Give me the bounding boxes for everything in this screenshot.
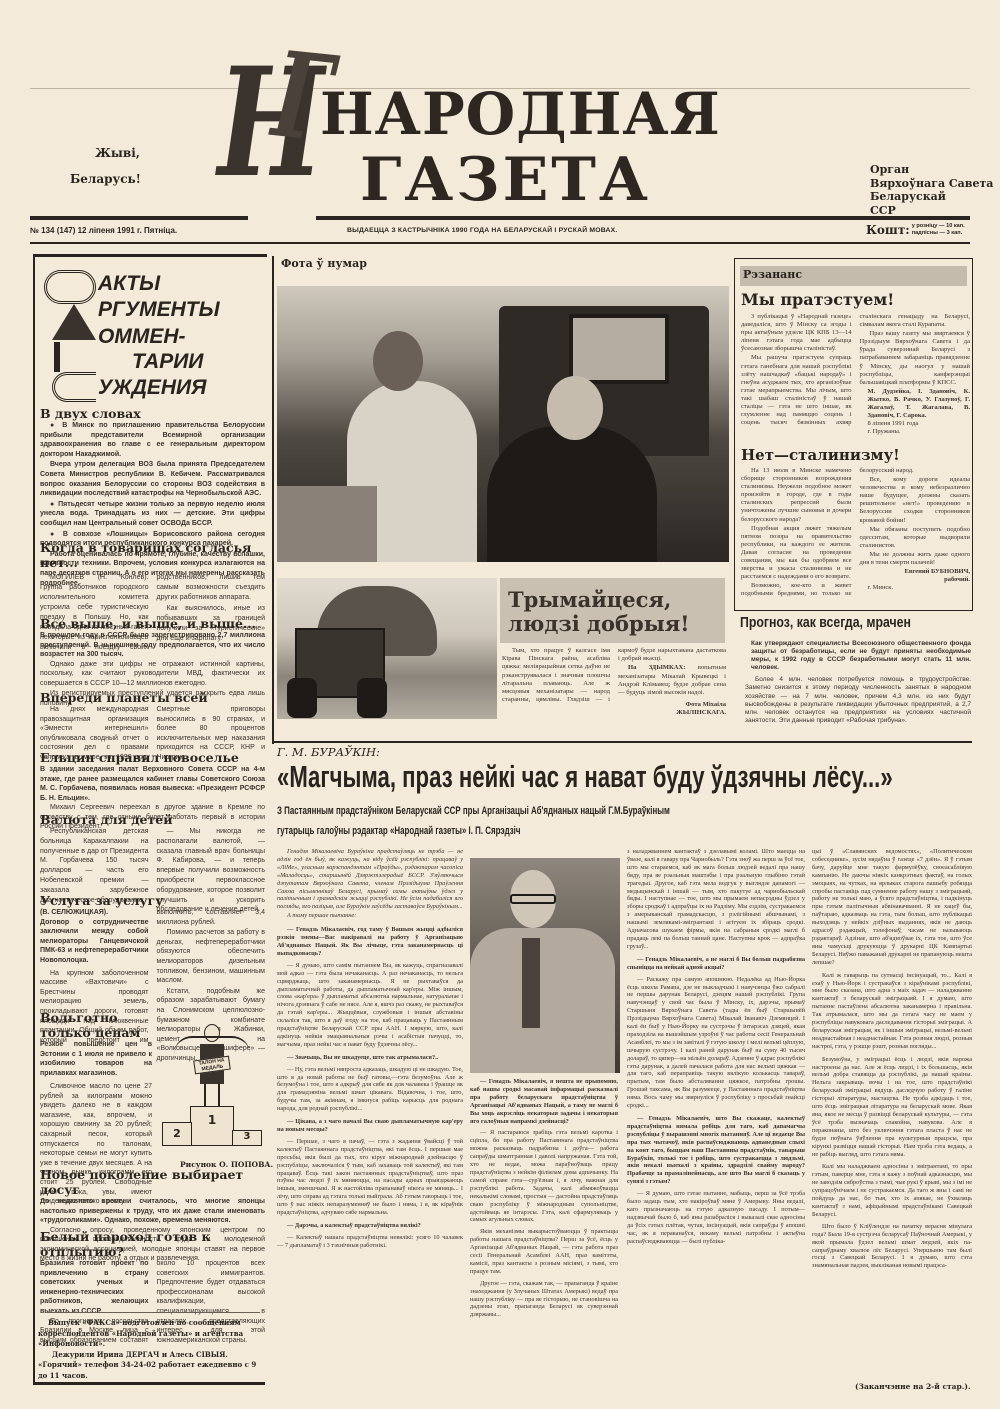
interview-answer: — Ну, гэта вельмі няпроста адказаць, шка… [277, 1066, 463, 1113]
paragraph: Помимо расчетов за работу в деньгах, неф… [157, 928, 266, 986]
faks-item-title: Вольготно только ценам [40, 1010, 152, 1040]
faks-logo-line-3: ОММЕН- [98, 325, 186, 349]
interview-column-1: Генадзя Мікалаевіча Бураўкіна прадстаўля… [277, 848, 463, 1251]
interview-answer: — Раскажу пра самую апошнюю. Недалёка ад… [627, 976, 805, 1110]
photo-headline: Трымайцеся, людзi добрыя! [508, 588, 717, 636]
photo-section-left-rule [272, 256, 274, 744]
paragraph: Все, кому дороги идеалы человечества и к… [860, 476, 971, 525]
interview-column-3: з наладжваннем кантактаў з дзелавымі кол… [627, 848, 805, 1247]
faks-item-title: Когда в товарищах согласья нет... [40, 540, 265, 570]
interview-answer: — Першае, з чаго я пачаў, — гэта з жадан… [277, 1138, 463, 1217]
letter2-title: Нет—сталинизму! [741, 446, 900, 464]
masthead-bottom-rule [30, 242, 970, 244]
letter2-place: г. Минск. [860, 584, 971, 592]
forecast-title: Прогноз, как всегда, мрачен [740, 614, 911, 631]
paragraph: Праз вашу газету мы звяртаемся ў Прэзіды… [860, 330, 971, 387]
masthead-rule-thick-right [316, 216, 970, 220]
interview-answer: Якія механізмы выкарыстоўваюцца ў практы… [470, 1228, 618, 1275]
masthead-organ: Орган Вярхоўнага Савета Беларускай ССР [870, 163, 993, 217]
caption-lead: На ЗДЫМКАХ: [628, 664, 686, 671]
price-values: у розніцу — 10 кап. падпiсны — 3 кап. [912, 223, 965, 237]
interview-intro: Генадзя Мікалаевіча Бураўкіна прадстаўля… [277, 848, 463, 911]
letter2-author: Евгений БУБНОВИЧ, [860, 568, 971, 576]
headline-banner: Трымайцеся, людзi добрыя! [500, 578, 725, 643]
interview-answer: Калі мы наладжваем адносіны з эмігрантам… [812, 1163, 972, 1218]
faks-item-byline: (В. СЕЛЮЖИЦКАЯ). [40, 908, 149, 918]
faks-item-title: Услуга за услугу [40, 893, 265, 908]
interview-question: — Генадзь Мікалаевіч, а не маглі б Вы бо… [627, 956, 805, 972]
letter2-body: На 13 июля в Минске намечено сборище сто… [741, 467, 970, 599]
faks-footer-line: «Горячий» телефон 34-24-02 работает ежед… [38, 1360, 266, 1381]
photo-story-text: Тым, хто працуе ў калгасе імя Кірава Пін… [502, 647, 726, 718]
interview-answer: — Я думаю, што самім пытаннем Вы, як каж… [277, 962, 463, 1049]
photo-credit-line-1: Фота Міхаіла [618, 701, 726, 709]
faks-item-title: В двух словах [40, 407, 265, 421]
cartoon-podium: ТАЛОН НА МЕДАЛЬ 1 2 3 [160, 1018, 264, 1158]
faks-left-rule [33, 254, 35, 1384]
faks-logo-line-5: УЖДЕНИЯ [98, 376, 206, 400]
faks-bottom-rule [33, 1382, 265, 1385]
forecast-body: Как утверждают специалисты Всесоюзного о… [745, 640, 971, 726]
slogan-line-1: Жывi, [70, 140, 140, 166]
faks-item-lead: Резкое повышение цен в Эстонии с 1 июля … [40, 1040, 152, 1078]
portrait-jacket [470, 928, 615, 1073]
faks-item-title: Валюта для детей [40, 812, 265, 827]
photo-credit-line-2: ЖЫЛІНСКАГА. [618, 709, 726, 717]
photo-credit: Фота Міхаіла ЖЫЛІНСКАГА. [618, 701, 726, 717]
faks-logo-line-2: РГУМЕНТЫ [98, 298, 220, 322]
faks-item-title: Новое поколение выбирает досуг [40, 1167, 265, 1197]
podium-place-1: 1 [190, 1106, 234, 1146]
letter1-title: Мы пратэстуем! [741, 290, 894, 309]
forecast-lead: Как утверждают специалисты Всесоюзного о… [745, 640, 971, 672]
paragraph: На 13 июля в Минске намечено сборище сто… [741, 467, 852, 524]
main-photo-mechanics [277, 286, 729, 562]
price-subscription: падпiсны — 3 кап. [912, 230, 965, 237]
interview-question: — Генадзь Мікалаевіч, што Вы скажаце, ка… [627, 1115, 805, 1186]
faks-logo-line-1: АКТЫ [98, 272, 160, 296]
organ-line-1: Орган [870, 163, 993, 177]
person-right-head [547, 376, 603, 440]
letter2-author-role: рабочий. [860, 576, 971, 584]
price-retail: у розніцу — 10 кап. [912, 223, 965, 230]
faks-logo-letter-s [52, 372, 96, 402]
masthead-rule-thick-left [30, 216, 248, 220]
interview-answer: Безумоўна, у эміграцыі ёсць і людзі, які… [812, 1056, 972, 1159]
paragraph: ● В Минск по приглашению правительства Б… [40, 421, 265, 459]
interview-intro-end: А таму першае пытанне: [277, 912, 463, 920]
interview-answer: — Я думаю, што гэтае пытанне, мабыць, пе… [627, 1190, 805, 1245]
person-right [487, 426, 657, 562]
masthead-title-line1: НАРОДНАЯ [320, 80, 721, 148]
interview-column-4: цыі ў «Славянских ведомостях», «Политиче… [812, 848, 972, 1271]
faks-item-title: Впереди планеты всей [40, 690, 265, 705]
published-since: ВЫДАЕЦЦА З КАСТРЫЧНIКА 1990 ГОДА НА БЕЛА… [347, 227, 617, 234]
interview-subhead-2: гутарыць галоўны рэдактар «Народнай газе… [277, 825, 781, 837]
slogan-line-2: Беларусь! [70, 166, 140, 192]
interview-question: — Значыць, Вы не шкадуеце, што так атрым… [277, 1054, 463, 1062]
faks-item-lead: До недавнего времени считалось, что мног… [40, 1197, 265, 1226]
interview-question: — Генадзь Мікалаевіч, год таму ў Вашым ж… [277, 926, 463, 958]
faks-footer: Выпуск «ФАКСа» подготовлен по сообщениям… [38, 1318, 266, 1381]
interview-answer: Што было ў Клiўлендзе на пачатку верасня… [812, 1223, 972, 1270]
interview-subhead-1: З Пастаянным прадстаўніком Беларускай СС… [277, 805, 781, 817]
podium-place-2: 2 [162, 1122, 192, 1146]
masthead-title-line2: ГАЗЕТА [360, 145, 651, 215]
paragraph: ● Пятьдесят четыре жизни только за перву… [40, 500, 265, 529]
portrait-tie [522, 938, 540, 1028]
faks-item-lead: Договор о сотрудничестве заключили между… [40, 918, 149, 966]
cartoon-figure-legs [204, 1084, 220, 1106]
portrait-glasses [510, 894, 556, 904]
interview-headline: «Магчыма, праз нейкі час я нават буду ўд… [277, 760, 992, 794]
interview-kicker: Г. М. БУРАЎКІН: [277, 745, 380, 759]
letter1-place: г. Пружаны. [860, 428, 971, 436]
podium-place-3: 3 [232, 1130, 262, 1146]
interview-answer: Калі ж гаварыць па сутнасці інсінуацый, … [812, 972, 972, 1051]
interview-column-2: — Генадзь Мікалаевіч, я нешта не прыпомн… [470, 1078, 618, 1320]
faks-logo-letter-k [54, 342, 90, 372]
faks-footer-line: корреспондентов «Народной газеты» и аген… [38, 1329, 266, 1350]
faks-item-title: Белый пароход готов к отплытию? [40, 1229, 265, 1259]
paragraph: Подобная акция ляжет тяжелым пятном позо… [741, 525, 852, 582]
letter1-body: З публікацыі ў «Народнай газеце» даведал… [741, 313, 970, 436]
paragraph: Мы не должны жить даже одного дня в тени… [860, 551, 971, 567]
organ-line-2: Вярхоўнага Савета [870, 177, 993, 191]
faks-top-rule [33, 254, 267, 257]
secondary-photo-tractor [277, 578, 497, 719]
hay-ground [277, 486, 377, 562]
paragraph: Вчера утром делегация ВОЗ была принята П… [40, 460, 265, 498]
faks-footer-rule [48, 1312, 260, 1313]
interview-answer: Другое — гэта, скажам так, — прапаганда … [470, 1280, 618, 1320]
interview-question: — Генадзь Мікалаевіч, я нешта не прыпомн… [470, 1078, 618, 1125]
interview-answer: — Калектыў нашага прадстаўніцтва невялік… [277, 1234, 463, 1250]
paragraph: Однако даже эти цифры не отражают истинн… [40, 660, 265, 689]
faks-item-title: Все выше, и выше, и выше... [40, 616, 265, 631]
interview-answer: — Я пастараюся зрабіць гэта вельмі карот… [470, 1129, 618, 1224]
interview-question: — Дарэчы, а калектыў прадстаўніцтва вялі… [277, 1222, 463, 1230]
interview-answer: цыі ў «Славянских ведомостях», «Политиче… [812, 848, 972, 967]
photo-section-label: Фота ў нумар [281, 257, 367, 270]
letter1-signatures: М. Дудзейка, І. Здановіч, К. Жытко, В. Р… [860, 388, 971, 420]
faks-item-lead: В здании заседания палат Верховного Сове… [40, 765, 265, 803]
faks-logo-letter-f [44, 270, 96, 304]
faks-logo: АКТЫ РГУМЕНТЫ ОММЕН- ТАРИИ УЖДЕНИЯ [40, 268, 265, 403]
paragraph: З публікацыі ў «Народнай газеце» даведал… [741, 313, 852, 353]
tractor-wheel-right [357, 678, 387, 718]
faks-logo-letter-a [52, 304, 96, 340]
tractor-window [569, 314, 669, 384]
faks-footer-line: Дежурили Ирина ДЕРГАЧ и Алесь СIВЫЯ. [38, 1350, 266, 1361]
paragraph: На ЗДЫМКАХ: вопытныя механізатары Мікала… [618, 664, 726, 697]
faks-item-lead: Бразилия готовит проект по привлечению в… [40, 1259, 149, 1317]
faks-item-lead: В прошлом году в СССР было зарегистриров… [40, 631, 265, 660]
rezonans-rubric: Рэзананс [743, 268, 802, 281]
cartoon-sign: ТАЛОН НА МЕДАЛЬ [193, 1056, 231, 1075]
faks-footer-line: Выпуск «ФАКСа» подготовлен по сообщениям [38, 1318, 266, 1329]
interview-answer: з наладжваннем кантактаў з дзелавымі кол… [627, 848, 805, 951]
faks-item-title: Ельцин справил новоселье [40, 750, 265, 765]
tractor-wheel-left [287, 678, 317, 718]
paragraph: Мы обязаны поступить подобно одесситам, … [860, 526, 971, 550]
price-label: Кошт: [866, 223, 910, 237]
interview-question: — Цікава, а з чаго пачалі Вы сваю дыплам… [277, 1118, 463, 1134]
issue-number-date: № 134 (147) 12 лiпеня 1991 г. Пятнiца. [30, 226, 177, 235]
person-left-head [373, 331, 423, 391]
paragraph: Более 4 млн. человек потребуется помощь … [745, 676, 971, 725]
faks-logo-line-4: ТАРИИ [132, 350, 203, 374]
organ-line-3: Беларускай [870, 190, 993, 204]
letter1-date: 8 ліпеня 1991 года [860, 420, 971, 428]
masthead-slogan: Жывi, Беларусь! [70, 140, 140, 192]
organ-line-4: ССР [870, 204, 993, 218]
continued-note[interactable]: (Заканчэнне на 2-й стар.). [855, 1382, 971, 1391]
portrait-photo-buraukin [470, 858, 620, 1073]
price-block: Кошт: у розніцу — 10 кап. падпiсны — 3 к… [866, 223, 965, 237]
interview-top-rule [272, 741, 972, 743]
